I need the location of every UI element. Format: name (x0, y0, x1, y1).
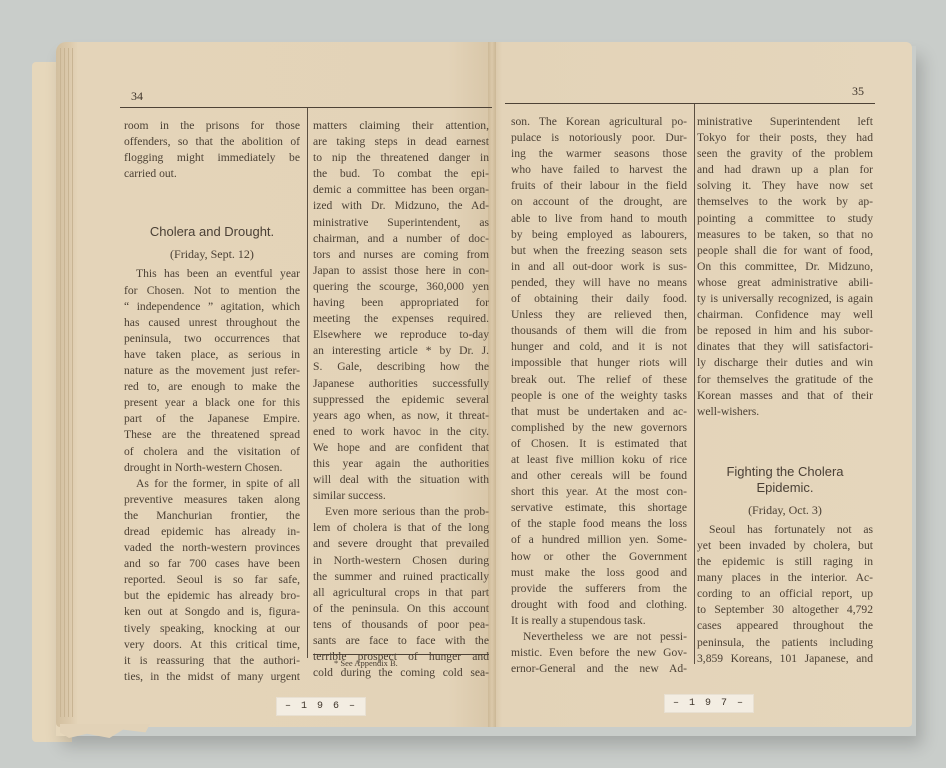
text-line: and severe drought that prevailed (313, 536, 489, 552)
text-line: the summer and ruined practically (313, 569, 489, 585)
text-line: ministrative Superintendent, as (313, 215, 489, 231)
text-line: Japan to assist those here in con- (313, 263, 489, 279)
text-line: cases appeared throughout the (697, 618, 873, 634)
text-line: this year again the authorities (313, 456, 489, 472)
text-line: pended, they will have no means (511, 275, 687, 291)
column-divider-left (307, 108, 308, 658)
text-line: ty is universally recognized, is again (697, 291, 873, 307)
text-line: tors and nurses are coming from (313, 247, 489, 263)
text-line: that must be undertaken and ac- (511, 404, 687, 420)
text-line: peninsula, two occurrences that (124, 331, 300, 347)
paragraph: This has been an eventful yearfor Chosen… (124, 266, 300, 475)
text-line: tens of thousands of poor pea- (313, 617, 489, 633)
header-rule-left (120, 107, 492, 108)
text-line: S. Gale, describing how the (313, 359, 489, 375)
text-line: ly discharge their duties and win (697, 355, 873, 371)
page-edge (64, 48, 65, 717)
text-line: Tokyo for their posts, they had (697, 130, 873, 146)
article-heading: Cholera and Drought. (124, 224, 300, 240)
text-line: As for the former, in spite of all (124, 476, 300, 492)
text-line: drought in North-western Chosen. (124, 460, 300, 476)
text-line: yet been invaded by cholera, but (697, 538, 873, 554)
text-line: present year a black one for this (124, 395, 300, 411)
folio-left: – 1 9 6 – (276, 697, 366, 716)
text-line: short this year. At the most con- (511, 484, 687, 500)
text-line: Even more serious than the prob- (313, 504, 489, 520)
text-line: nature as the movement just refer- (124, 363, 300, 379)
text-line: ministrative Superintendent left (697, 114, 873, 130)
footnote: * See Appendix B. (334, 658, 398, 668)
text-line: demic a committee has been organ- (313, 182, 489, 198)
text-line: tively speaking, knocking at our (124, 621, 300, 637)
text-line: solving it. They have now set (697, 178, 873, 194)
text-line: the epidemic is still raging in (697, 554, 873, 570)
header-rule-right (505, 103, 875, 104)
text-line: the Manchurian frontier, the (124, 508, 300, 524)
text-line: meeting the expenses required. (313, 311, 489, 327)
page-edge (60, 48, 61, 717)
text-line: dread epidemic has already in- (124, 524, 300, 540)
text-line: of cholera and the visitation of (124, 444, 300, 460)
text-line: chairman, and a number of doc- (313, 231, 489, 247)
left-page-column-1: room in the prisons for those offenders,… (124, 118, 300, 685)
text-line: break out. The relief of these (511, 372, 687, 388)
text-line: chairman. Confidence may well (697, 307, 873, 323)
text-line: vaded the north-western provinces (124, 540, 300, 556)
right-page-column-1: son. The Korean agricultural po-pulace i… (511, 114, 687, 677)
text-line: son. The Korean agricultural po- (511, 114, 687, 130)
text-line: ing the warmer seasons those (511, 146, 687, 162)
text-line: dinates that they will satisfactori- (697, 339, 873, 355)
page-number-right: 35 (852, 84, 864, 99)
text-line: preventive measures taken along (124, 492, 300, 508)
text-line: measures to be taken, so that no (697, 227, 873, 243)
paragraph: Nevertheless we are not pessi-mistic. Ev… (511, 629, 687, 677)
text-line: are taking steps in dead earnest (313, 134, 489, 150)
text-line: This has been an eventful year (124, 266, 300, 282)
text-line: whose great administrative abili- (697, 275, 873, 291)
text-line: complished by the new governors (511, 420, 687, 436)
text-line: themselves to the work by ap- (697, 194, 873, 210)
text-line: matters claiming their attention, (313, 118, 489, 134)
text-line: the bud. To combat the epi- (313, 166, 489, 182)
text-line: Korean masses and that of their (697, 388, 873, 404)
text-line: flogging might immediately be (124, 150, 300, 166)
text-line: in North-western Chosen during (313, 553, 489, 569)
article-dateline: (Friday, Sept. 12) (124, 246, 300, 262)
paragraph: ministrative Superintendent leftTokyo fo… (697, 114, 873, 420)
continued-paragraph: room in the prisons for those offenders,… (124, 118, 300, 182)
text-line: for themselves the gratitude of the (697, 372, 873, 388)
text-line: be reposed in him and his subor- (697, 323, 873, 339)
text-line: ened to work havoc in the city. (313, 424, 489, 440)
text-line: room in the prisons for those (124, 118, 300, 134)
text-line: on account of the drought, are (511, 194, 687, 210)
left-page-column-2: matters claiming their attention,are tak… (313, 118, 489, 681)
text-line: but when the freezing season sets (511, 243, 687, 259)
text-line: mistic. Even before the new Gov- (511, 645, 687, 661)
article-dateline: (Friday, Oct. 3) (697, 502, 873, 518)
text-line: of a hundred million yen. Some- (511, 532, 687, 548)
book-gutter (488, 42, 496, 727)
text-line: having been appropriated for (313, 295, 489, 311)
text-line: and so far 700 cases have been (124, 556, 300, 572)
text-line: pointing a committee to study (697, 211, 873, 227)
text-line: Unless they are relieved then, (511, 307, 687, 323)
page-number-left: 34 (131, 89, 143, 104)
text-line: for Chosen. Not to mention the (124, 283, 300, 299)
text-line: provide the sufferers from the (511, 581, 687, 597)
heading-line: Fighting the Cholera (697, 464, 873, 480)
text-line: it is reassuring that the authori- (124, 653, 300, 669)
text-line: in and all out-door work is sus- (511, 259, 687, 275)
text-line: drought with food and clothing. (511, 597, 687, 613)
text-line: quering the scourge, 360,000 yen (313, 279, 489, 295)
text-line: servative estimate, this shortage (511, 500, 687, 516)
page-edge (68, 48, 69, 717)
text-line: an interesting article * by Dr. J. (313, 343, 489, 359)
text-line: similar success. (313, 488, 489, 504)
text-line: lem of cholera is that of the long (313, 520, 489, 536)
text-line: thousands of them will die from (511, 323, 687, 339)
text-line: how or other the Government (511, 549, 687, 565)
paragraph: son. The Korean agricultural po-pulace i… (511, 114, 687, 629)
text-line: Elsewhere we reproduce to-day (313, 327, 489, 343)
text-line: cording to an official report, up (697, 586, 873, 602)
text-line: to September 30 altogether 4,792 (697, 602, 873, 618)
text-line: seen the gravity of the problem (697, 146, 873, 162)
text-line: who have failed to harvest the (511, 162, 687, 178)
text-line: sants are face to face with the (313, 633, 489, 649)
text-line: reported. Seoul is so far safe, (124, 572, 300, 588)
text-line: Nevertheless we are not pessi- (511, 629, 687, 645)
text-line: Japanese authorities successfully (313, 376, 489, 392)
text-line: of the staple food means the loss (511, 516, 687, 532)
text-line: all agricultural crops in that part (313, 585, 489, 601)
text-line: It is really a stupendous task. (511, 613, 687, 629)
text-line: people is one of the weighty tasks (511, 388, 687, 404)
text-line: will deal with the situation with (313, 472, 489, 488)
text-line: at least five million koku of rice (511, 452, 687, 468)
text-line: of Chosen. It is estimated that (511, 436, 687, 452)
text-line: pulace is notoriously poor. Dur- (511, 130, 687, 146)
text-line: fruits of their labour in the field (511, 178, 687, 194)
text-line: “ independence ” agitation, which (124, 299, 300, 315)
text-line: red to, are enough to make the (124, 379, 300, 395)
text-line: On this committee, Dr. Midzuno, (697, 259, 873, 275)
footnote-rule (313, 654, 489, 655)
right-page-column-2: ministrative Superintendent leftTokyo fo… (697, 114, 873, 667)
text-line: We hope and are confident that (313, 440, 489, 456)
text-line: to nip the threatened danger in (313, 150, 489, 166)
text-line: of the peninsula. On this account (313, 601, 489, 617)
text-line: ernor-General and the new Ad- (511, 661, 687, 677)
text-line: able to live from hand to mouth (511, 211, 687, 227)
text-line: part of the Japanese Empire. (124, 411, 300, 427)
text-line: 3,859 Koreans, 101 Japanese, and (697, 651, 873, 667)
text-line: very doors. At this critical time, (124, 637, 300, 653)
paragraph: matters claiming their attention,are tak… (313, 118, 489, 504)
text-line: ties, in the midst of many urgent (124, 669, 300, 685)
text-line: These are the threatened spread (124, 427, 300, 443)
text-line: of obtaining their daily food. (511, 291, 687, 307)
text-line: offenders, so that the abolition of (124, 134, 300, 150)
text-line: people shall die for want of food, (697, 243, 873, 259)
text-line: years ago when, as now, it threat- (313, 408, 489, 424)
page-edge (72, 48, 73, 717)
text-line: peninsula, the patients including (697, 635, 873, 651)
text-line: carried out. (124, 166, 300, 182)
text-line: Seoul has fortunately not as (697, 522, 873, 538)
text-line: but the epidemic has already bro- (124, 588, 300, 604)
text-line: have taken place, as serious in (124, 347, 300, 363)
text-line: and other cereals will be found (511, 468, 687, 484)
paragraph: Seoul has fortunately not asyet been inv… (697, 522, 873, 667)
text-line: many places in the interior. Ac- (697, 570, 873, 586)
text-line: ized with Dr. Midzuno, the Ad- (313, 198, 489, 214)
text-line: ken out at Songdo and is, figura- (124, 604, 300, 620)
text-line: suppressed the epidemic several (313, 392, 489, 408)
text-line: and had drawn up a plan for (697, 162, 873, 178)
text-line: must make the loss good and (511, 565, 687, 581)
text-line: impossible that hunger riots will (511, 355, 687, 371)
heading-line: Epidemic. (697, 480, 873, 496)
text-line: has caused unrest throughout the (124, 315, 300, 331)
article-heading: Fighting the Cholera Epidemic. (697, 464, 873, 496)
column-divider-right (694, 104, 695, 664)
text-line: by being employed as labourers, (511, 227, 687, 243)
paragraph: As for the former, in spite of allpreven… (124, 476, 300, 685)
text-line: hunger and cold, and it is not (511, 339, 687, 355)
text-line: well-wishers. (697, 404, 873, 420)
folio-right: – 1 9 7 – (664, 694, 754, 713)
